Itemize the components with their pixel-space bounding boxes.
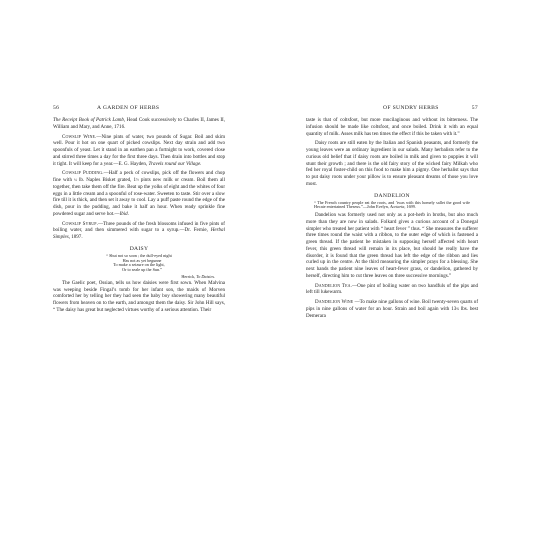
recipe-heading: Dandelion Wine [315, 299, 353, 305]
verse-attribution: Herrick, To Daisies. [53, 274, 225, 279]
running-title: A GARDEN OF HERBS [97, 105, 159, 112]
running-head-right: OF SUNDRY HERBS 57 [306, 105, 478, 115]
running-title: OF SUNDRY HERBS [383, 105, 439, 112]
recipe-dandelion-wine: Dandelion Wine —To make nine gallons of … [306, 299, 478, 319]
section-heading-dandelion: DANDELION [306, 193, 478, 200]
recipe-cowslip-pudding: Cowslip Pudding.—Half a peck of cowslips… [53, 170, 225, 217]
right-page: OF SUNDRY HERBS 57 taste is that of colt… [306, 105, 478, 322]
section-heading-daisy: DAISY [53, 246, 225, 253]
recipe-heading: Dandelion Tea. [315, 283, 352, 289]
recipe-cowslip-wine: Cowslip Wine.—Nine pints of water, two p… [53, 134, 225, 168]
source-citation: The Receipt Book of Patrick Lamb, [53, 117, 125, 123]
recipe-dandelion-tea: Dandelion Tea.—One pint of boiling water… [306, 283, 478, 297]
prose-epigraph: “ The French country people eat the root… [306, 201, 478, 211]
page-number: 57 [472, 105, 478, 112]
daisy-continued: taste is that of coltsfoot, but more muc… [306, 117, 478, 137]
daisy-body: The Gaelic poet, Ossian, tells us how da… [53, 280, 225, 314]
recipe-heading: Cowslip Syrup. [62, 221, 98, 227]
running-head-left: 56 A GARDEN OF HERBS [53, 105, 225, 115]
source-citation: Travels round our Village. [148, 161, 201, 167]
verse-epigraph: “ Shut not so soon ; the dull-eyed night… [53, 254, 225, 273]
source-citation: Ibid. [120, 211, 129, 217]
intro-paragraph: The Receipt Book of Patrick Lamb, Head C… [53, 117, 225, 131]
left-page: 56 A GARDEN OF HERBS The Receipt Book of… [53, 105, 225, 317]
recipe-heading: Cowslip Pudding. [62, 170, 104, 176]
verse-line: Or to seale up the Sun.” [53, 268, 225, 273]
daisy-roots-paragraph: Daisy roots are still eaten by the Itali… [306, 140, 478, 187]
page-number: 56 [53, 105, 59, 112]
recipe-heading: Cowslip Wine. [62, 134, 96, 140]
dandelion-body: Dandelion was formerly used not only as … [306, 212, 478, 280]
recipe-cowslip-syrup: Cowslip Syrup.—Three pounds of the fresh… [53, 221, 225, 241]
